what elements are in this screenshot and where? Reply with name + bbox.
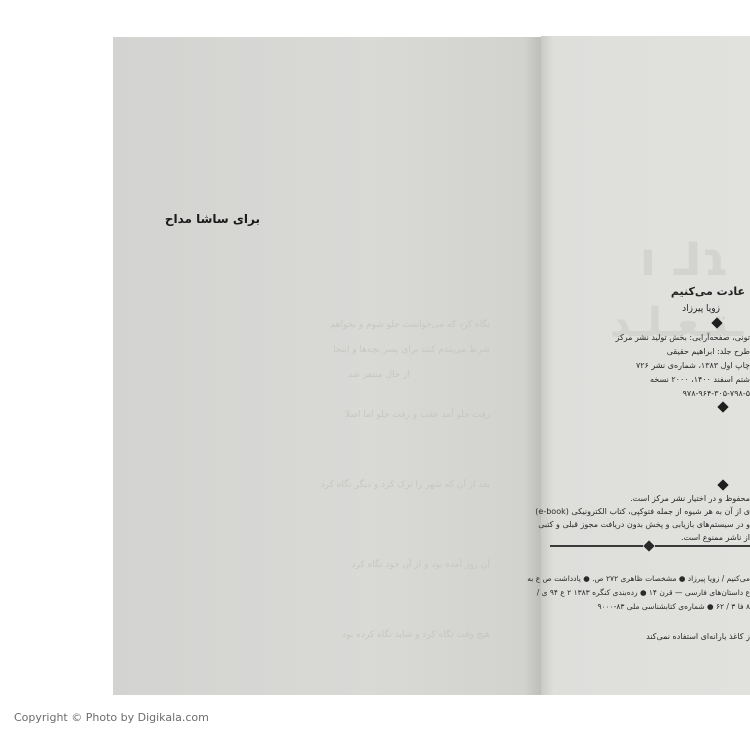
- show-through-line: رفت جلو آمد عقب و رفت جلو اما اصلا: [345, 410, 490, 420]
- rights-line: و در سیستم‌های بازیابی و پخش بدون دریافت…: [538, 520, 750, 529]
- show-through-line: آن روز آمده بود و از آن خود نگاه کرد: [351, 560, 490, 570]
- copyright-caption: Copyright © Photo by Digikala.com: [14, 711, 209, 724]
- left-book-page: [113, 37, 541, 695]
- show-through-title: ı ⅃ɿ: [640, 232, 729, 286]
- cataloging-line: ۸ فا ۳ / ۶۲ ● شماره‌ی کتابشناسی ملی ۸۳-۹…: [598, 602, 750, 611]
- rights-line: محفوظ و در اختیار نشر مرکز است.: [630, 494, 750, 503]
- credit-line: شتم اسفند ۱۴۰۰، ۲۰۰۰ نسخه: [650, 375, 750, 384]
- separator-ornament-icon: [643, 540, 655, 552]
- book-title: عادت می‌کنیم: [671, 285, 745, 298]
- show-through-line: نگاه کرد که می‌خواست جلو شوم و بخواهم: [330, 320, 490, 330]
- paper-note: ز کاغذ یارانه‌ای استفاده نمی‌کند: [646, 632, 750, 641]
- show-through-line: شرط می‌بندم کنند برای پسر بچه‌ها و اینجا: [333, 345, 490, 355]
- credit-line: چاپ اول ۱۳۸۳، شماره‌ی نشر ۷۲۶: [636, 361, 750, 370]
- isbn-line: ۹۷۸-۹۶۴-۳۰۵-۷۹۸-۵: [683, 389, 750, 398]
- credit-line: طرح جلد: ابراهیم حقیقی: [667, 347, 750, 356]
- dedication-text: برای ساشا مداح: [172, 212, 260, 226]
- rights-line: ی از آن به هر شیوه از جمله فتوکپی، کتاب …: [535, 507, 750, 516]
- book-author: زویا پیرزاد: [682, 304, 720, 314]
- show-through-line: هیچ وقت نگاه کرد و شاید نگاه کرده بود: [342, 630, 490, 640]
- show-through-line: بعد از آن که شهر را ترک کرد و دیگر نگاه …: [321, 480, 490, 490]
- cataloging-line: ع داستان‌های فارسی — قرن ۱۴ ● رده‌بندی ک…: [537, 588, 750, 597]
- rights-line: از ناشر ممنوع است.: [681, 533, 750, 542]
- show-through-line: از حال متنفر شد: [348, 370, 410, 380]
- cataloging-line: می‌کنیم / زویا پیرزاد ● مشخصات ظاهری ۲۷۲…: [527, 574, 750, 583]
- credit-line: تونی، صفحه‌آرایی: بخش تولید نشر مرکز: [616, 333, 750, 342]
